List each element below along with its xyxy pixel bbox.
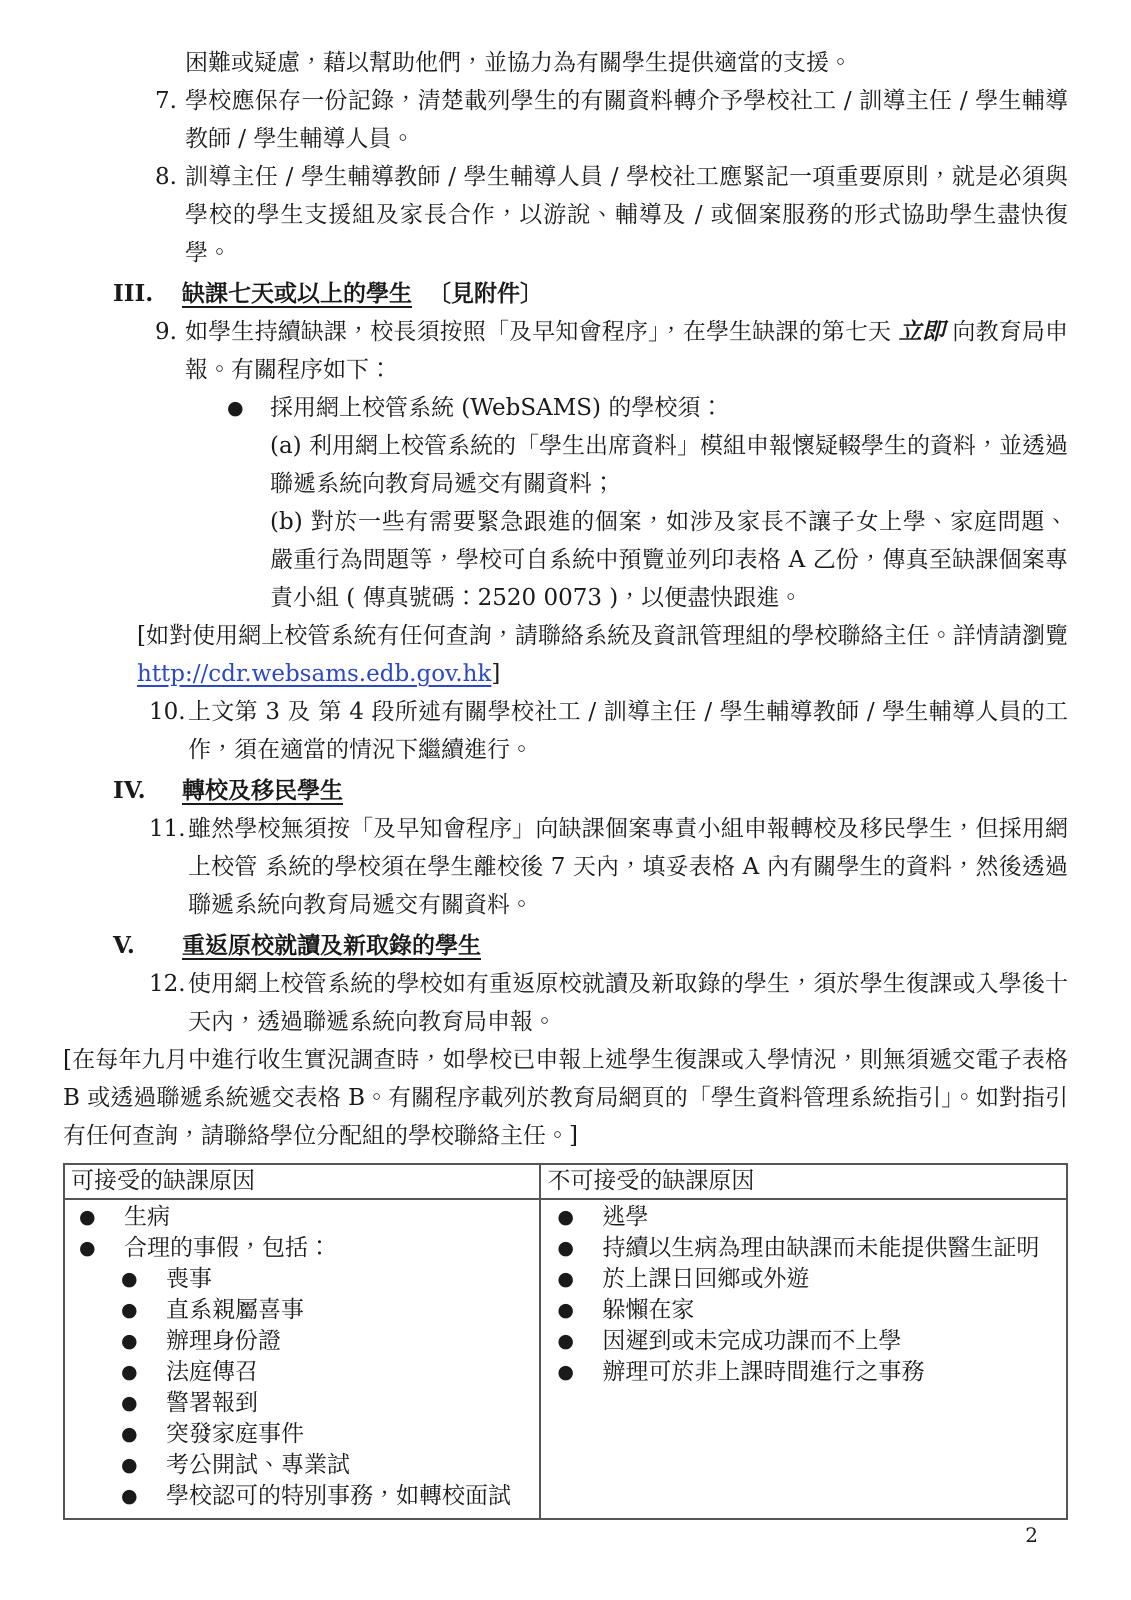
list-item: ●持續以生病為理由缺課而未能提供醫生証明: [545, 1233, 1062, 1264]
section-iii-title: 缺課七天或以上的學生: [182, 275, 412, 313]
list-item: ●逃學: [545, 1202, 1062, 1233]
list-item: ●喪事: [69, 1264, 535, 1295]
bullet-icon: ●: [121, 1326, 166, 1357]
item-7-text: 學校應保存一份記錄，清楚載列學生的有關資料轉介予學校社工 / 訓導主任 / 學生…: [185, 82, 1068, 158]
list-item: ●警署報到: [69, 1388, 535, 1419]
item-8-number: 8.: [155, 158, 185, 272]
list-item: ●學校認可的特別事務，如轉校面試: [69, 1481, 535, 1512]
bullet-icon: ●: [121, 1264, 166, 1295]
list-item: ●辦理身份證: [69, 1326, 535, 1357]
bullet-icon: ●: [557, 1264, 602, 1295]
item-12-text: 使用網上校管系統的學校如有重返原校就讀及新取錄的學生，須於學生復課或入學後十天內…: [188, 965, 1068, 1041]
item-9-emphasis: 立即: [899, 318, 945, 345]
list-item: ●考公開試、專業試: [69, 1450, 535, 1481]
bullet-icon: ●: [557, 1202, 602, 1233]
item-11-text: 雖然學校無須按「及早知會程序」向缺課個案專責小組申報轉校及移民學生，但採用網上校…: [188, 810, 1068, 924]
unacceptable-reasons-cell: ●逃學 ●持續以生病為理由缺課而未能提供醫生証明 ●於上課日回鄉或外遊 ●躲懶在…: [540, 1199, 1067, 1519]
section-v-numeral: V.: [113, 927, 182, 965]
section-iv-heading: IV. 轉校及移民學生: [63, 772, 1068, 810]
list-item: ●生病: [69, 1202, 535, 1233]
list-item: ●辦理可於非上課時間進行之事務: [545, 1357, 1062, 1388]
list-item: ●法庭傳召: [69, 1357, 535, 1388]
item-12-number: 12.: [149, 965, 188, 1041]
item-11: 11. 雖然學校無須按「及早知會程序」向缺課個案專責小組申報轉校及移民學生，但採…: [63, 810, 1068, 924]
document-page: 困難或疑慮，藉以幫助他們，並協力為有關學生提供適當的支援。 7. 學校應保存一份…: [0, 0, 1131, 1548]
item-10-number: 10.: [149, 693, 188, 769]
item-10: 10. 上文第 3 及 第 4 段所述有關學校社工 / 訓導主任 / 學生輔導教…: [63, 693, 1068, 769]
bullet-icon: ●: [121, 1481, 166, 1512]
section-iii-numeral: III.: [113, 275, 182, 313]
bullet-icon: ●: [79, 1233, 124, 1264]
list-item: ●躲懶在家: [545, 1295, 1062, 1326]
section-v-heading: V. 重返原校就讀及新取錄的學生: [63, 927, 1068, 965]
section-v-title: 重返原校就讀及新取錄的學生: [182, 927, 481, 965]
section-iv-numeral: IV.: [113, 772, 182, 810]
note-text-post: ]: [491, 661, 500, 687]
bullet-icon: ●: [557, 1357, 602, 1388]
section-iv-title: 轉校及移民學生: [182, 772, 343, 810]
unacceptable-reasons-header: 不可接受的缺課原因: [540, 1164, 1067, 1199]
websams-bullet-text: 採用網上校管系統 (WebSAMS) 的學校須：: [270, 389, 1068, 427]
item-7: 7. 學校應保存一份記錄，清楚載列學生的有關資料轉介予學校社工 / 訓導主任 /…: [63, 82, 1068, 158]
section-iii-suffix: 〔見附件〕: [428, 275, 543, 313]
note-text-pre: [如對使用網上校管系統有任何查詢，請聯絡系統及資訊管理組的學校聯絡主任。詳情請瀏…: [137, 623, 1068, 649]
list-item: ●合理的事假，包括：: [69, 1233, 535, 1264]
list-item: ●於上課日回鄉或外遊: [545, 1264, 1062, 1295]
websams-enquiry-note: [如對使用網上校管系統有任何查詢，請聯絡系統及資訊管理組的學校聯絡主任。詳情請瀏…: [137, 617, 1068, 693]
websams-link[interactable]: http://cdr.websams.edb.gov.hk: [137, 661, 491, 687]
item-9-text-pre: 如學生持續缺課，校長須按照「及早知會程序」，在學生缺課的第七天: [185, 319, 899, 345]
list-item: ●因遲到或未完成功課而不上學: [545, 1326, 1062, 1357]
bullet-icon: ●: [557, 1233, 602, 1264]
bullet-icon: ●: [227, 389, 270, 427]
bullet-icon: ●: [79, 1202, 124, 1233]
footer-page-number: 2: [63, 1522, 1068, 1548]
subitem-a: (a) 利用網上校管系統的「學生出席資料」模組申報懷疑輟學生的資料，並透過聯遞系…: [270, 427, 1068, 503]
item-11-number: 11.: [149, 810, 188, 924]
bullet-icon: ●: [557, 1295, 602, 1326]
absence-reasons-table: 可接受的缺課原因 不可接受的缺課原因 ●生病 ●合理的事假，包括： ●喪事 ●直…: [63, 1163, 1068, 1520]
bullet-icon: ●: [121, 1295, 166, 1326]
section-iii-heading: III. 缺課七天或以上的學生 〔見附件〕: [63, 275, 1068, 313]
item-8-text: 訓導主任 / 學生輔導教師 / 學生輔導人員 / 學校社工應緊記一項重要原則，就…: [185, 158, 1068, 272]
websams-bullet-item: ● 採用網上校管系統 (WebSAMS) 的學校須：: [227, 389, 1068, 427]
bullet-icon: ●: [121, 1388, 166, 1419]
item-8: 8. 訓導主任 / 學生輔導教師 / 學生輔導人員 / 學校社工應緊記一項重要原…: [63, 158, 1068, 272]
list-item: ●突發家庭事件: [69, 1419, 535, 1450]
bullet-icon: ●: [121, 1357, 166, 1388]
item-9-text: 如學生持續缺課，校長須按照「及早知會程序」，在學生缺課的第七天 立即 向教育局申…: [185, 313, 1068, 389]
paragraph-continuation: 困難或疑慮，藉以幫助他們，並協力為有關學生提供適當的支援。: [185, 44, 1068, 82]
item-7-number: 7.: [155, 82, 185, 158]
item-9: 9. 如學生持續缺課，校長須按照「及早知會程序」，在學生缺課的第七天 立即 向教…: [63, 313, 1068, 389]
subitem-b: (b) 對於一些有需要緊急跟進的個案，如涉及家長不讓子女上學、家庭問題、嚴重行為…: [270, 503, 1068, 617]
item-9-number: 9.: [155, 313, 185, 389]
item-12: 12. 使用網上校管系統的學校如有重返原校就讀及新取錄的學生，須於學生復課或入學…: [63, 965, 1068, 1041]
acceptable-reasons-header: 可接受的缺課原因: [64, 1164, 540, 1199]
bullet-icon: ●: [557, 1326, 602, 1357]
bullet-icon: ●: [121, 1419, 166, 1450]
table-body-row: ●生病 ●合理的事假，包括： ●喪事 ●直系親屬喜事 ●辦理身份證 ●法庭傳召 …: [64, 1199, 1067, 1519]
table-header-row: 可接受的缺課原因 不可接受的缺課原因: [64, 1164, 1067, 1199]
acceptable-reasons-cell: ●生病 ●合理的事假，包括： ●喪事 ●直系親屬喜事 ●辦理身份證 ●法庭傳召 …: [64, 1199, 540, 1519]
september-survey-note: [在每年九月中進行收生實況調查時，如學校已申報上述學生復課或入學情況，則無須遞交…: [63, 1041, 1068, 1155]
item-10-text: 上文第 3 及 第 4 段所述有關學校社工 / 訓導主任 / 學生輔導教師 / …: [188, 693, 1068, 769]
bullet-icon: ●: [121, 1450, 166, 1481]
list-item: ●直系親屬喜事: [69, 1295, 535, 1326]
